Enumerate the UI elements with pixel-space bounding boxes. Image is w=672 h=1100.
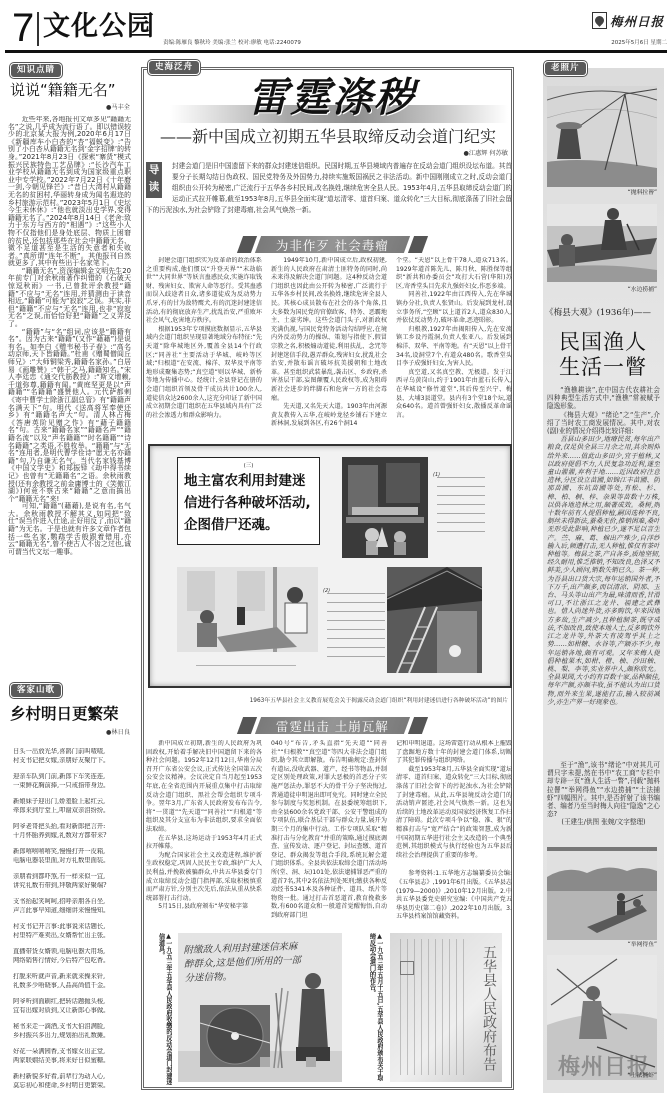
- paragraph: 截至1953年8月,五华县全面实现“道坛清零、道首归案、道众转化”三大目标,彻底…: [396, 766, 512, 861]
- stanza: 打脱来听就声音,新来就来操来针,礼数多少唔晓事,人品高尚值千金。: [13, 973, 125, 998]
- verse-line: 宜有出嫁对质到,又让新郎心事做。: [13, 1007, 125, 1016]
- paragraph: 《梅县大观》“绪论”之“生产”,介绍了当时农工商发展情况。其中,对农(副)业的情…: [547, 411, 660, 436]
- poster-card: (三) 地主富农利用封建迷信进行各种破坏活动,企图借尸还魂。: [177, 457, 320, 545]
- paragraph: 个堂。“天恩”以上骨干78人,道众713名。1929年道首陈先儿、陈月秋、陈胜保…: [396, 257, 512, 291]
- verse-line: 礼数多少唔晓事,人品高尚值千金。: [13, 982, 125, 991]
- newspaper-logo: 梅州日报: [592, 11, 664, 30]
- verse-line: 日头一出放光华,喜鹊门前叫喳喳,: [13, 748, 125, 757]
- comic-panel-meeting: [177, 567, 318, 652]
- paragraph: 在五华县,这场运动于1953年4月正式拉开帷幕。: [146, 835, 262, 852]
- old-photo-headline-line1: 民国渔人: [545, 330, 661, 354]
- photo-net-fishing: [547, 847, 657, 940]
- hakka-song-title: 乡村明日更繁荣: [10, 705, 119, 723]
- paragraph: 真空道,又名真空教、无极道。发于江西寻乌黄岗山,约于1901年由蓝石长传入,在华…: [396, 369, 512, 421]
- old-photo-kicker: 《梅县大观》(1936年)——: [545, 307, 665, 319]
- verse-line: 电脑电器装里面,对方礼数里面装。: [13, 857, 125, 866]
- paragraph: 归根教,1927年由揭阳传入,先在安流镇工乡设丹霞洞,负责人张亚八。后发展到棉洋…: [396, 326, 512, 369]
- verse-line: 秘书来走一滴酒,支书大伯泪满脸,: [13, 1023, 125, 1032]
- old-photo-body: “渔樵耕读”,在中国古代农耕社会四种典型生活方式中,“渔樵”常被赋予隐逸形象。 …: [547, 386, 660, 758]
- stanza: 秘书来走一滴酒,支书大伯泪满脸,乡村振兴多出力,规划拍出礼数摊。: [13, 1023, 125, 1048]
- verse-line: 阿爷老哥把头抬,看对新郎把言开:: [13, 823, 125, 832]
- verse-line: 迎亲车队到门前,新郎下车笑连连,: [13, 773, 125, 782]
- paragraph: 近些年来,各地报刊文章多见“籍籍无名”之说,几乎成为流行语了。即以错误较少的北京…: [8, 116, 131, 268]
- lead-text: 封建会道门是旧中国遗留下来的群众封建迷信组织。民国时期,五华县境域内普遍存在反动…: [146, 162, 512, 214]
- seal-stamp: [400, 961, 414, 975]
- page-number-divider: [37, 12, 39, 46]
- stanza: 亲朋看到都吓煞,冇一样来似一宜,讲究礼数冇带到,拜敬两家好聚端?: [13, 873, 125, 898]
- stanza: 新村新貌多好看,前辈行为动人心,莫忘初心和使命,乡村明日更繁荣。: [13, 1073, 125, 1098]
- section-title: 文化公园: [43, 10, 155, 44]
- paragraph: 封建会道门组织实为反革命的政治体系之重要构成,他们惯以“升登天界”“末劫临世”“…: [146, 257, 262, 326]
- lead-label-char: 读: [146, 179, 162, 196]
- handwritten-note: 附缴敌人利用封建迷信来麻醉群众,这是他们所用的一部分迷信物。: [183, 940, 304, 986]
- verse-line: 乡村振兴多出力,规划拍出礼数摊。: [13, 1032, 125, 1041]
- section1-column-1: 封建会道门组织实为反革命的政治体系之重要构成,他们惯以“升登天界”“末劫临世”“…: [146, 257, 262, 431]
- knowledge-article-byline: ●马丰全: [60, 104, 130, 112]
- panel-label: (1): [433, 461, 485, 471]
- verse-line: 讲究礼数冇带到,拜敬两家好聚端?: [13, 882, 125, 891]
- comic-panel-altar: [342, 457, 428, 558]
- paragraph: 为配合国家社会主义改造进程,维护新生政权稳定,巩固人民民主专政,维护广大人民利益…: [146, 852, 262, 904]
- stanza: 直播带货女婿领,电脑电器大用场,网络销售行情好,今后特产包吃香。: [13, 948, 125, 973]
- paragraph: 根据1953年专项摸底数据显示,五华县域内会道门组织呈现显著地域分布特征:“先天…: [146, 326, 262, 421]
- photo-credit: (王建生/供图 张婉/文字整理): [547, 818, 660, 826]
- lead-label: 导读: [146, 162, 162, 198]
- stanza: 村支书记开言事:此事说来话题长,村里特产难卖出,女婿帮忙出主张。: [13, 923, 125, 948]
- verse-line: 村支书记把女嫁,亲朋好友聚厅下。: [13, 757, 125, 766]
- section1-column-2: 1949年10月,新中国成立后,政权初建,新生的人民政府在肃清土匪特务的同时,尚…: [271, 257, 387, 431]
- verse-line: 新村新貌多好看,前辈行为动人心,: [13, 1073, 125, 1082]
- knowledge-article-body: 近些年来,各地报刊文章多见“籍籍无名”之说,几乎成为流行语了。即以错误较少的北京…: [8, 116, 131, 661]
- verse-line: 一束鲜花胸前捧,一只戒指带身边。: [13, 782, 125, 791]
- photo-caption-vertical: ▲一九五三年五华县人民政府收缴的反动会道门封建迷信道具。: [155, 933, 172, 1085]
- editor-credits: 责编:陈雁良 黎秋玲 美编:张兰 校对:廖敏 电话:2240079: [163, 40, 301, 47]
- verse-line: 网络销售行情好,今后特产包吃香。: [13, 957, 125, 966]
- section2-column-1: 新中国成立初期,新生的人民政府为巩固政权,开始着手解决旧中国遗留下来的各种社会问…: [146, 740, 262, 922]
- tag-hakka-song: 客家山歌: [11, 684, 61, 697]
- verse-line: 支书抬起笑呵呵,招呼亲朋各自坐,: [13, 898, 125, 907]
- paragraph: “籍籍无名”,资深编辑金文明先生20年前专门对余秋雨著作纠错的《石破天惊逗秋雨》…: [8, 268, 131, 329]
- section-heading-1: 为非作歹 社会毒瘤: [240, 236, 425, 253]
- verse-line: 好花一朵满园香,支书嫁女出正堂,: [13, 1048, 125, 1057]
- column-text: 记和申明退道。这场雷霆行动从根本上摧毁了盘踞地方数十年的封建会道门体系,切断了其…: [396, 740, 512, 860]
- logo-text: 梅州日报: [610, 12, 664, 30]
- stanza: 迎亲车队到门前,新郎下车笑连连,一束鲜花胸前捧,一只戒指带身边。: [13, 773, 125, 798]
- paragraph: “渔樵耕读”,在中国古代农耕社会四种典型生活方式中,“渔樵”常被赋予隐逸形象。: [547, 386, 660, 411]
- paragraph: 至于“渔”,该书“绪论”中对其几可谓只字未提,然在书中“农工商”专栏中却专辟一页…: [547, 761, 660, 818]
- stanza: 阿爷听到面刷红,把转话题抛头梭,宜有出嫁对质到,又让新郎心事做。: [13, 998, 125, 1023]
- verse-line: 直播带货女婿领,电脑电器大用场,: [13, 948, 125, 957]
- handwritten-caption: [196, 660, 296, 674]
- old-photo-closing: 至于“渔”,该书“绪论”中对其几可谓只字未提,然在书中“农工商”专栏中却专辟一页…: [547, 761, 660, 833]
- photo-caption: “水边捞捕”: [547, 286, 657, 294]
- figure-caption: 1963年五华县社会主义教育展览会关于揭露反动会道门组织“利用封建迷信进行各种破…: [150, 697, 508, 705]
- photo-caption: “土法捕虾”: [547, 1072, 657, 1080]
- paragraph: “籍籍”与“名”组词,应该是“籍籍有名”。因为古来“籍籍”(又作“藉藉”)是说有…: [8, 329, 131, 504]
- stanza: 好花一朵满园香,支书嫁女出正堂,两家联姻结美事,将来好日似蜜糖。: [13, 1048, 125, 1073]
- tag-history: 史海泛舟: [149, 61, 199, 74]
- feature-subtitle: ——新中国成立初期五华县取缔反动会道门纪实: [160, 128, 505, 146]
- section2-column-3: 记和申明退道。这场雷霆行动从根本上摧毁了盘踞地方数十年的封建会道门体系,切断了其…: [396, 740, 512, 922]
- hakka-song-byline: ●林日良: [60, 729, 130, 737]
- verse-line: 莫忘初心和使命,乡村明日更繁荣。: [13, 1082, 125, 1091]
- verse-line: 十月怀胎养到嫁,礼数对方都带来?: [13, 832, 125, 841]
- handwritten-caption: [327, 588, 385, 658]
- stanza: 阿爷老哥把头抬,看对新郎把言开:十月怀胎养到嫁,礼数对方都带来?: [13, 823, 125, 848]
- photo-caption: “举网得鱼”: [547, 941, 657, 949]
- verse-line: 新娘妹子迎出门,娇羞脸上起红云,: [13, 798, 125, 807]
- heading-ornament: [237, 717, 257, 734]
- paragraph: 040号”布告,矛头直指“先天道”“同善社”“归根教”“真空道”等四大非法会道门…: [271, 740, 387, 920]
- feature-title: 雷霆涤秽: [248, 74, 423, 122]
- verse-line: 打脱来听就声音,新来就来操来针,: [13, 973, 125, 982]
- section-heading-text: 雷霆出击 土崩瓦解: [276, 717, 389, 735]
- document-title: 五华县人民政府布告: [478, 945, 498, 1075]
- verse-line: 声言此事早知道,细细讲来慢慢知。: [13, 907, 125, 916]
- poster-text: 地主富农利用封建迷信进行各种破坏活动,企图借尸还魂。: [184, 470, 313, 536]
- paragraph: 同善社,1922年由江西传入,先在华城镇办分社,负责人张贤山。后发展到龙村,设立…: [396, 291, 512, 325]
- references: 参考资料:1.五华地方志编纂委员会编:《五华县志》,1991年6月出版。《五华县…: [396, 870, 512, 922]
- lead-label-char: 导: [146, 162, 162, 179]
- verse-line: 两家联姻结美事,将来好日似蜜糖。: [13, 1057, 125, 1066]
- feature-lead: 导读 封建会道门是旧中国遗留下来的群众封建迷信组织。民国时期,五华县境域内普遍存…: [146, 161, 512, 229]
- photo-waterside-catch: [547, 204, 657, 282]
- paragraph: 记和申明退道。这场雷霆行动从根本上摧毁了盘踞地方数十年的封建会道门体系,切断了其…: [396, 740, 512, 766]
- tag-knowledge: 知识点睛: [11, 64, 61, 77]
- verse-line: 村里特产难卖出,女婿帮忙出主张。: [13, 932, 125, 941]
- document-text-lines: [394, 939, 464, 1075]
- stanza: 新郎嘻嘻嘻嘻笑,慢慢打开一皮箱,电脑电器装里面,对方礼数里面装。: [13, 848, 125, 873]
- logo-emblem-icon: [592, 12, 607, 29]
- header-rule: [5, 50, 667, 53]
- paragraph: 先天道,又名先天大道。1903年由河源黄友教传入五华,在岐岭龙径乡铺石下建立新林…: [271, 403, 387, 429]
- photo-caption: “抛料拉罾”: [547, 189, 657, 197]
- tag-old-photo: 老照片: [545, 62, 586, 75]
- verse-line: 亲朋看到都吓煞,冇一样来似一宜,: [13, 873, 125, 882]
- heading-bar: 为非作歹 社会毒瘤: [255, 236, 410, 253]
- heading-bar: 雷霆出击 土崩瓦解: [255, 717, 410, 734]
- photo-caption-vertical: ▲一九五三年五月十五日,五华县人民政府颁布关于取缔反动会道门的布告。: [366, 933, 383, 1085]
- section1-column-3: 个堂。“天恩”以上骨干78人,道众713名。1929年道首陈先儿、陈月秋、陈胜保…: [396, 257, 512, 431]
- section-heading-text: 为非作歹 社会毒瘤: [276, 236, 389, 254]
- paragraph: 5月15日,县政府颁布“华安秘字第: [146, 903, 262, 912]
- verse-line: 牵郎来到厅堂上,叩谢双亲泪纷纷。: [13, 807, 125, 816]
- verse-line: 村支书记开言事:此事说来话题长,: [13, 923, 125, 932]
- verse-line: 阿爷听到面刷红,把转话题抛头梭,: [13, 998, 125, 1007]
- quoted-excerpt: 吾县山多田少,地瘠民贫,每年出产粮食,仅足供全县三月余之用,其余则仰给外来……值…: [547, 435, 660, 706]
- paragraph: 新中国成立初期,新生的人民政府为巩固政权,开始着手解决旧中国遗留下来的各种社会问…: [146, 740, 262, 835]
- old-photo-headline-line2: 生活一瞥: [545, 355, 661, 379]
- section2-column-2: 040号”布告,矛头直指“先天道”“同善社”“归根教”“真空道”等四大非法会道门…: [271, 740, 387, 922]
- issue-date: 2025年5月6日 星期二: [592, 40, 667, 47]
- stanza: 日头一出放光华,喜鹊门前叫喳喳,村支书记把女嫁,亲朋好友聚厅下。: [13, 748, 125, 773]
- page-number: 7: [12, 8, 34, 48]
- verse-line: 新郎嘻嘻嘻嘻笑,慢慢打开一皮箱,: [13, 848, 125, 857]
- heading-ornament: [237, 236, 257, 253]
- section-heading-2: 雷霆出击 土崩瓦解: [240, 717, 425, 734]
- stanza: 支书抬起笑呵呵,招呼亲朋各自坐,声言此事早知道,细细讲来慢慢知。: [13, 898, 125, 923]
- paragraph: 可知,“籍籍”(藉藉),是说有名,名气大。余秋雨教授不解其义,如同把“致仕”误当…: [8, 503, 131, 556]
- panel-label: (2): [323, 577, 385, 587]
- stanza: 新娘妹子迎出门,娇羞脸上起红云,牵郎来到厅堂上,叩谢双亲泪纷纷。: [13, 798, 125, 823]
- photo-net-lifting: [547, 86, 657, 187]
- comic-panel-house: [387, 567, 482, 673]
- paragraph: 1949年10月,新中国成立后,政权初建,新生的人民政府在肃清土匪特务的同时,尚…: [271, 257, 387, 403]
- feature-byline: ●江惠辉 何苏敏: [400, 150, 508, 158]
- hakka-song-poem: 日头一出放光华,喜鹊门前叫喳喳,村支书记把女嫁,亲朋好友聚厅下。 迎亲车队到门前…: [13, 748, 125, 1098]
- handwritten-caption: [437, 472, 485, 532]
- poster-number: (三): [184, 462, 313, 470]
- knowledge-article-title: 说说“籍籍无名”: [10, 81, 116, 99]
